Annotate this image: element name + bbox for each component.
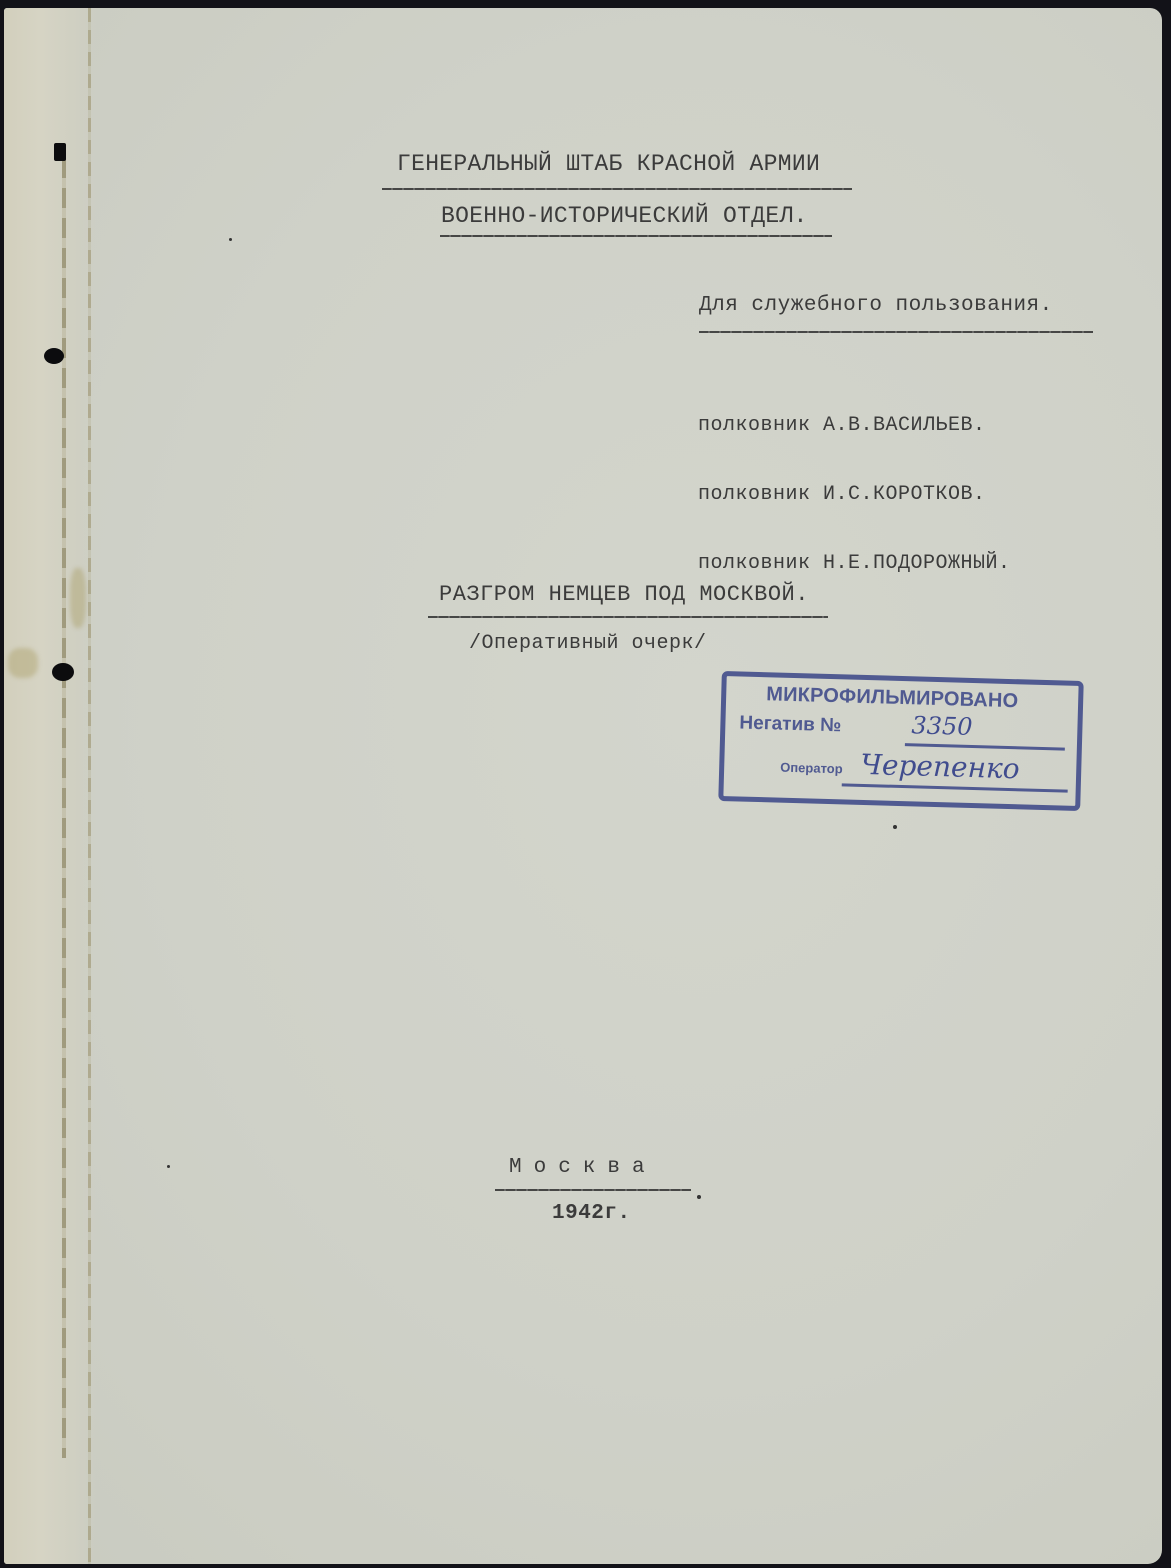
publication-year: 1942г.: [552, 1202, 631, 1225]
paper-stain: [70, 568, 86, 628]
binding-strip: [4, 8, 96, 1564]
paper-stain: [8, 648, 38, 678]
place-underline: [495, 1189, 691, 1191]
title-underline: [428, 616, 828, 618]
author-line: полковник И.С.КОРОТКОВ.: [698, 483, 1011, 506]
binding-fold: [88, 8, 91, 1564]
stamp-negative-label: Негатив №: [739, 712, 841, 737]
binding-hole: [54, 143, 66, 161]
document-title: РАЗГРОМ НЕМЦЕВ ПОД МОСКВОЙ.: [439, 582, 809, 607]
author-line: полковник Н.Е.ПОДОРОЖНЫЙ.: [698, 552, 1011, 575]
department-heading: ВОЕННО-ИСТОРИЧЕСКИЙ ОТДЕЛ.: [441, 203, 808, 229]
classification-label: Для служебного пользования.: [699, 294, 1053, 317]
publication-place: Москва: [509, 1156, 657, 1179]
stamp-negative-number: 3350: [911, 711, 973, 741]
microfilm-stamp: МИКРОФИЛЬМИРОВАНО Негатив № 3350 Операто…: [718, 671, 1083, 811]
author-line: полковник А.В.ВАСИЛЬЕВ.: [698, 414, 1011, 437]
paper-speck: [893, 825, 897, 829]
stamp-operator-label: Оператор: [780, 760, 843, 777]
stamp-operator-signature: Черепенко: [860, 748, 1020, 785]
organization-heading: ГЕНЕРАЛЬНЫЙ ШТАБ КРАСНОЙ АРМИИ: [397, 151, 820, 177]
heading-underline: [382, 188, 852, 190]
paper-speck: [167, 1165, 170, 1168]
binding-hole: [44, 348, 64, 364]
classification-underline: [699, 331, 1093, 333]
stamp-heading: МИКРОФИЛЬМИРОВАНО: [766, 683, 1019, 713]
stamp-line: [842, 783, 1068, 792]
document-subtitle: /Оперативный очерк/: [469, 632, 707, 655]
paper-speck: [697, 1195, 701, 1199]
binding-hole: [52, 663, 74, 681]
paper-speck: [229, 238, 232, 241]
document-page: ГЕНЕРАЛЬНЫЙ ШТАБ КРАСНОЙ АРМИИ ВОЕННО-ИС…: [4, 8, 1162, 1564]
department-underline: [440, 235, 832, 237]
scanned-document: ГЕНЕРАЛЬНЫЙ ШТАБ КРАСНОЙ АРМИИ ВОЕННО-ИС…: [0, 0, 1171, 1568]
